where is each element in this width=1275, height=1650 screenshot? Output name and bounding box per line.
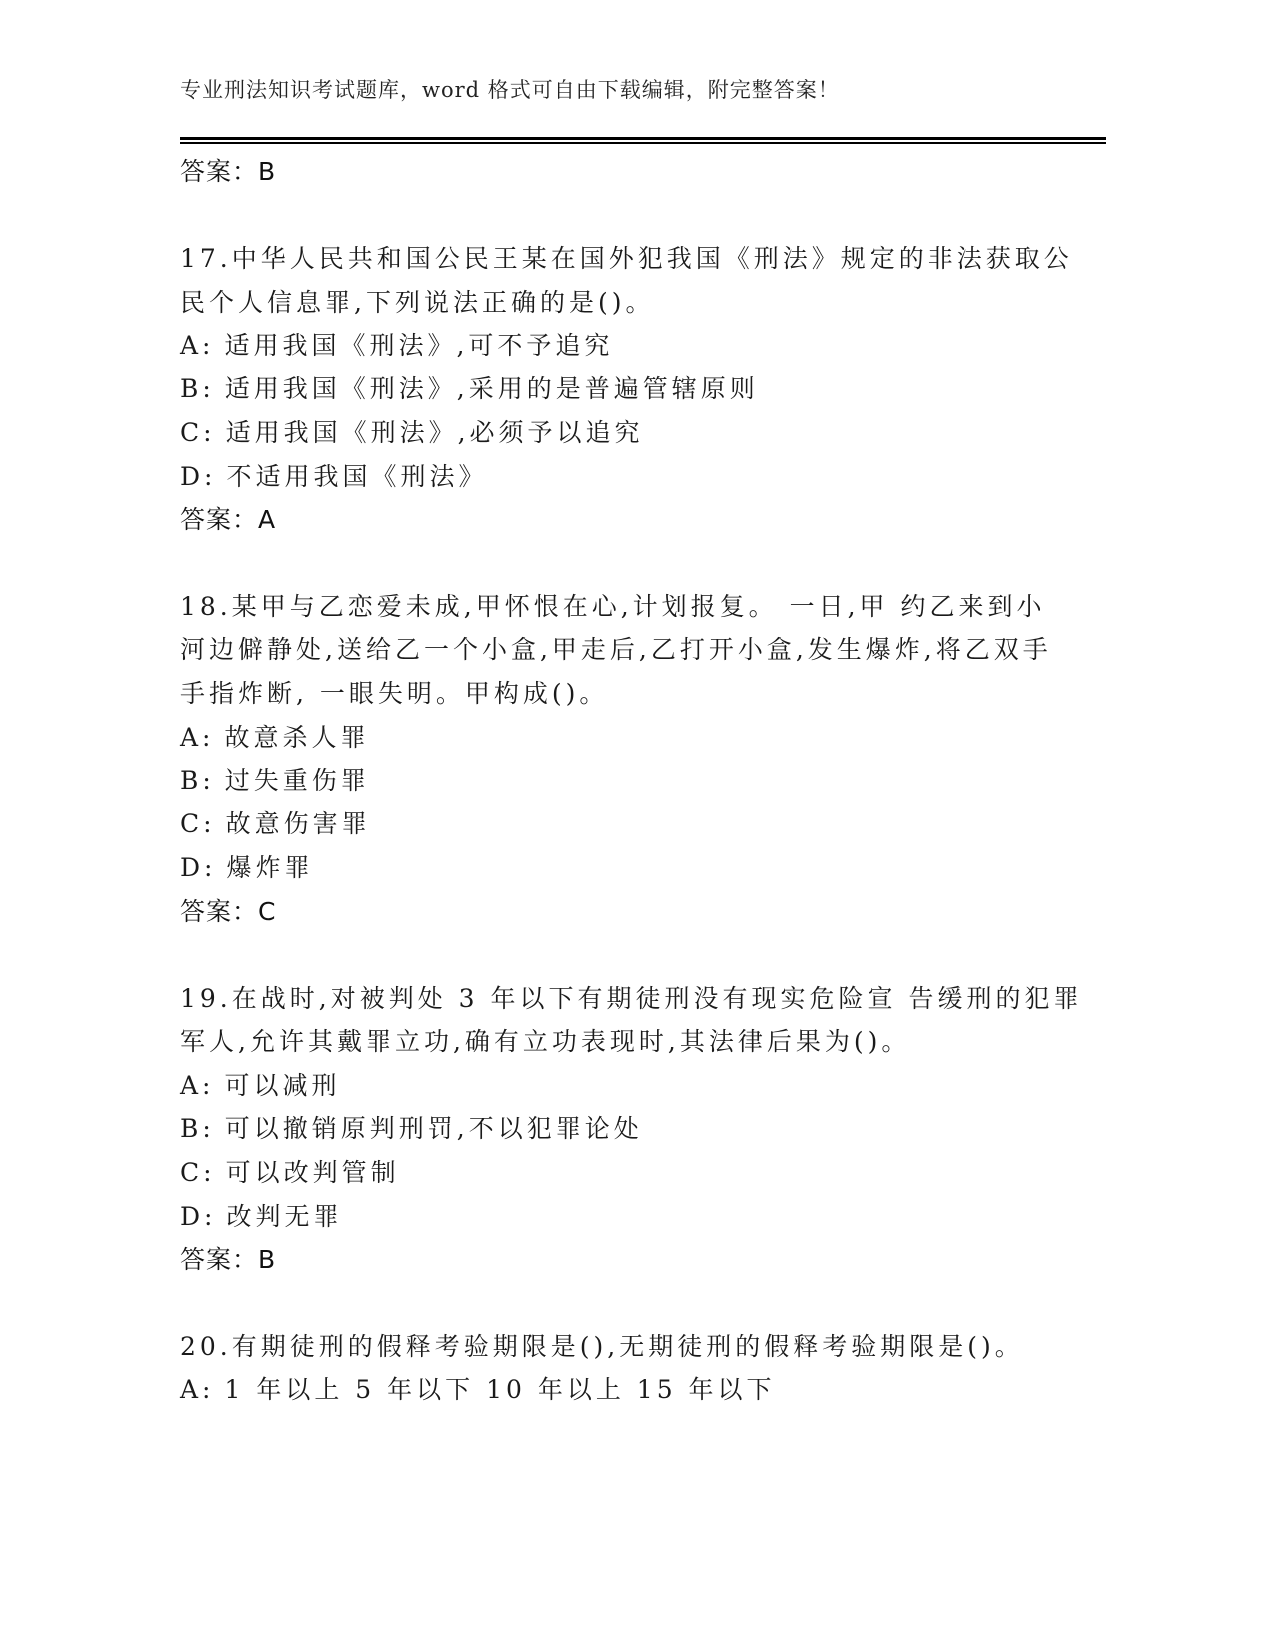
option-text: 改判无罪 xyxy=(226,1202,342,1231)
option-label: A: xyxy=(180,1071,214,1101)
option-label: A: xyxy=(180,723,214,753)
question-17-option-a: A:适用我国《刑法》,可不予追究 xyxy=(180,331,613,361)
question-17-line-1: 17.中华人民共和国公民王某在国外犯我国《刑法》规定的非法获取公 xyxy=(180,244,1073,274)
question-17-option-c: C:适用我国《刑法》,必须予以追究 xyxy=(180,418,644,448)
option-label: A: xyxy=(180,331,214,361)
question-17-line-2: 民个人信息罪,下列说法正确的是()。 xyxy=(180,288,654,318)
option-text: 故意杀人罪 xyxy=(224,723,369,752)
question-18-option-a: A:故意杀人罪 xyxy=(180,723,370,753)
question-18-line-3: 手指炸断, 一眼失明。甲构成()。 xyxy=(180,679,608,709)
header-double-rule xyxy=(180,137,1106,144)
question-18-option-b: B:过失重伤罪 xyxy=(180,766,370,796)
question-18-line-2: 河边僻静处,送给乙一个小盒,甲走后,乙打开小盒,发生爆炸,将乙双手 xyxy=(180,635,1052,665)
option-text: 过失重伤罪 xyxy=(225,766,370,795)
answer-prev: 答案：B xyxy=(180,157,276,187)
option-label: D: xyxy=(180,462,216,492)
question-19-line-1: 19.在战时,对被判处 3 年以下有期徒刑没有现实危险宣 告缓刑的犯罪 xyxy=(180,984,1082,1014)
option-text: 爆炸罪 xyxy=(226,853,313,882)
option-label: C: xyxy=(180,809,216,839)
option-text: 1 年以上 5 年以下 10 年以上 15 年以下 xyxy=(224,1375,775,1404)
question-20-line-1: 20.有期徒刑的假释考验期限是(),无期徒刑的假释考验期限是()。 xyxy=(180,1332,1024,1362)
page-header-text: 专业刑法知识考试题库，word 格式可自由下载编辑，附完整答案！ xyxy=(180,74,840,104)
option-text: 不适用我国《刑法》 xyxy=(226,462,487,491)
answer-18: 答案：C xyxy=(180,897,276,927)
question-19-line-2: 军人,允许其戴罪立功,确有立功表现时,其法律后果为()。 xyxy=(180,1027,910,1057)
option-label: C: xyxy=(180,418,216,448)
option-label: D: xyxy=(180,853,216,883)
option-text: 可以撤销原判刑罚,不以犯罪论处 xyxy=(225,1114,643,1143)
option-label: B: xyxy=(180,1114,215,1144)
question-19-option-b: B:可以撤销原判刑罚,不以犯罪论处 xyxy=(180,1114,643,1144)
option-label: C: xyxy=(180,1158,216,1188)
answer-17: 答案：A xyxy=(180,505,276,535)
option-text: 适用我国《刑法》,可不予追究 xyxy=(224,331,613,360)
question-18-option-d: D:爆炸罪 xyxy=(180,853,313,883)
option-text: 适用我国《刑法》,采用的是普遍管辖原则 xyxy=(225,374,759,403)
question-17-option-d: D:不适用我国《刑法》 xyxy=(180,462,487,492)
question-20-option-a: A:1 年以上 5 年以下 10 年以上 15 年以下 xyxy=(180,1375,776,1405)
question-19-option-c: C:可以改判管制 xyxy=(180,1158,400,1188)
question-17-option-b: B:适用我国《刑法》,采用的是普遍管辖原则 xyxy=(180,374,759,404)
document-page: 专业刑法知识考试题库，word 格式可自由下载编辑，附完整答案！ 答案：B 17… xyxy=(0,0,1275,1650)
question-18-option-c: C:故意伤害罪 xyxy=(180,809,371,839)
question-19-option-d: D:改判无罪 xyxy=(180,1202,342,1232)
option-label: A: xyxy=(180,1375,214,1405)
option-text: 可以改判管制 xyxy=(226,1158,400,1187)
option-text: 故意伤害罪 xyxy=(226,809,371,838)
option-label: D: xyxy=(180,1202,216,1232)
answer-19: 答案：B xyxy=(180,1245,276,1275)
option-label: B: xyxy=(180,374,215,404)
option-text: 可以减刑 xyxy=(224,1071,340,1100)
option-text: 适用我国《刑法》,必须予以追究 xyxy=(226,418,644,447)
option-label: B: xyxy=(180,766,215,796)
question-18-line-1: 18.某甲与乙恋爱未成,甲怀恨在心,计划报复。 一日,甲 约乙来到小 xyxy=(180,592,1046,622)
question-19-option-a: A:可以减刑 xyxy=(180,1071,341,1101)
